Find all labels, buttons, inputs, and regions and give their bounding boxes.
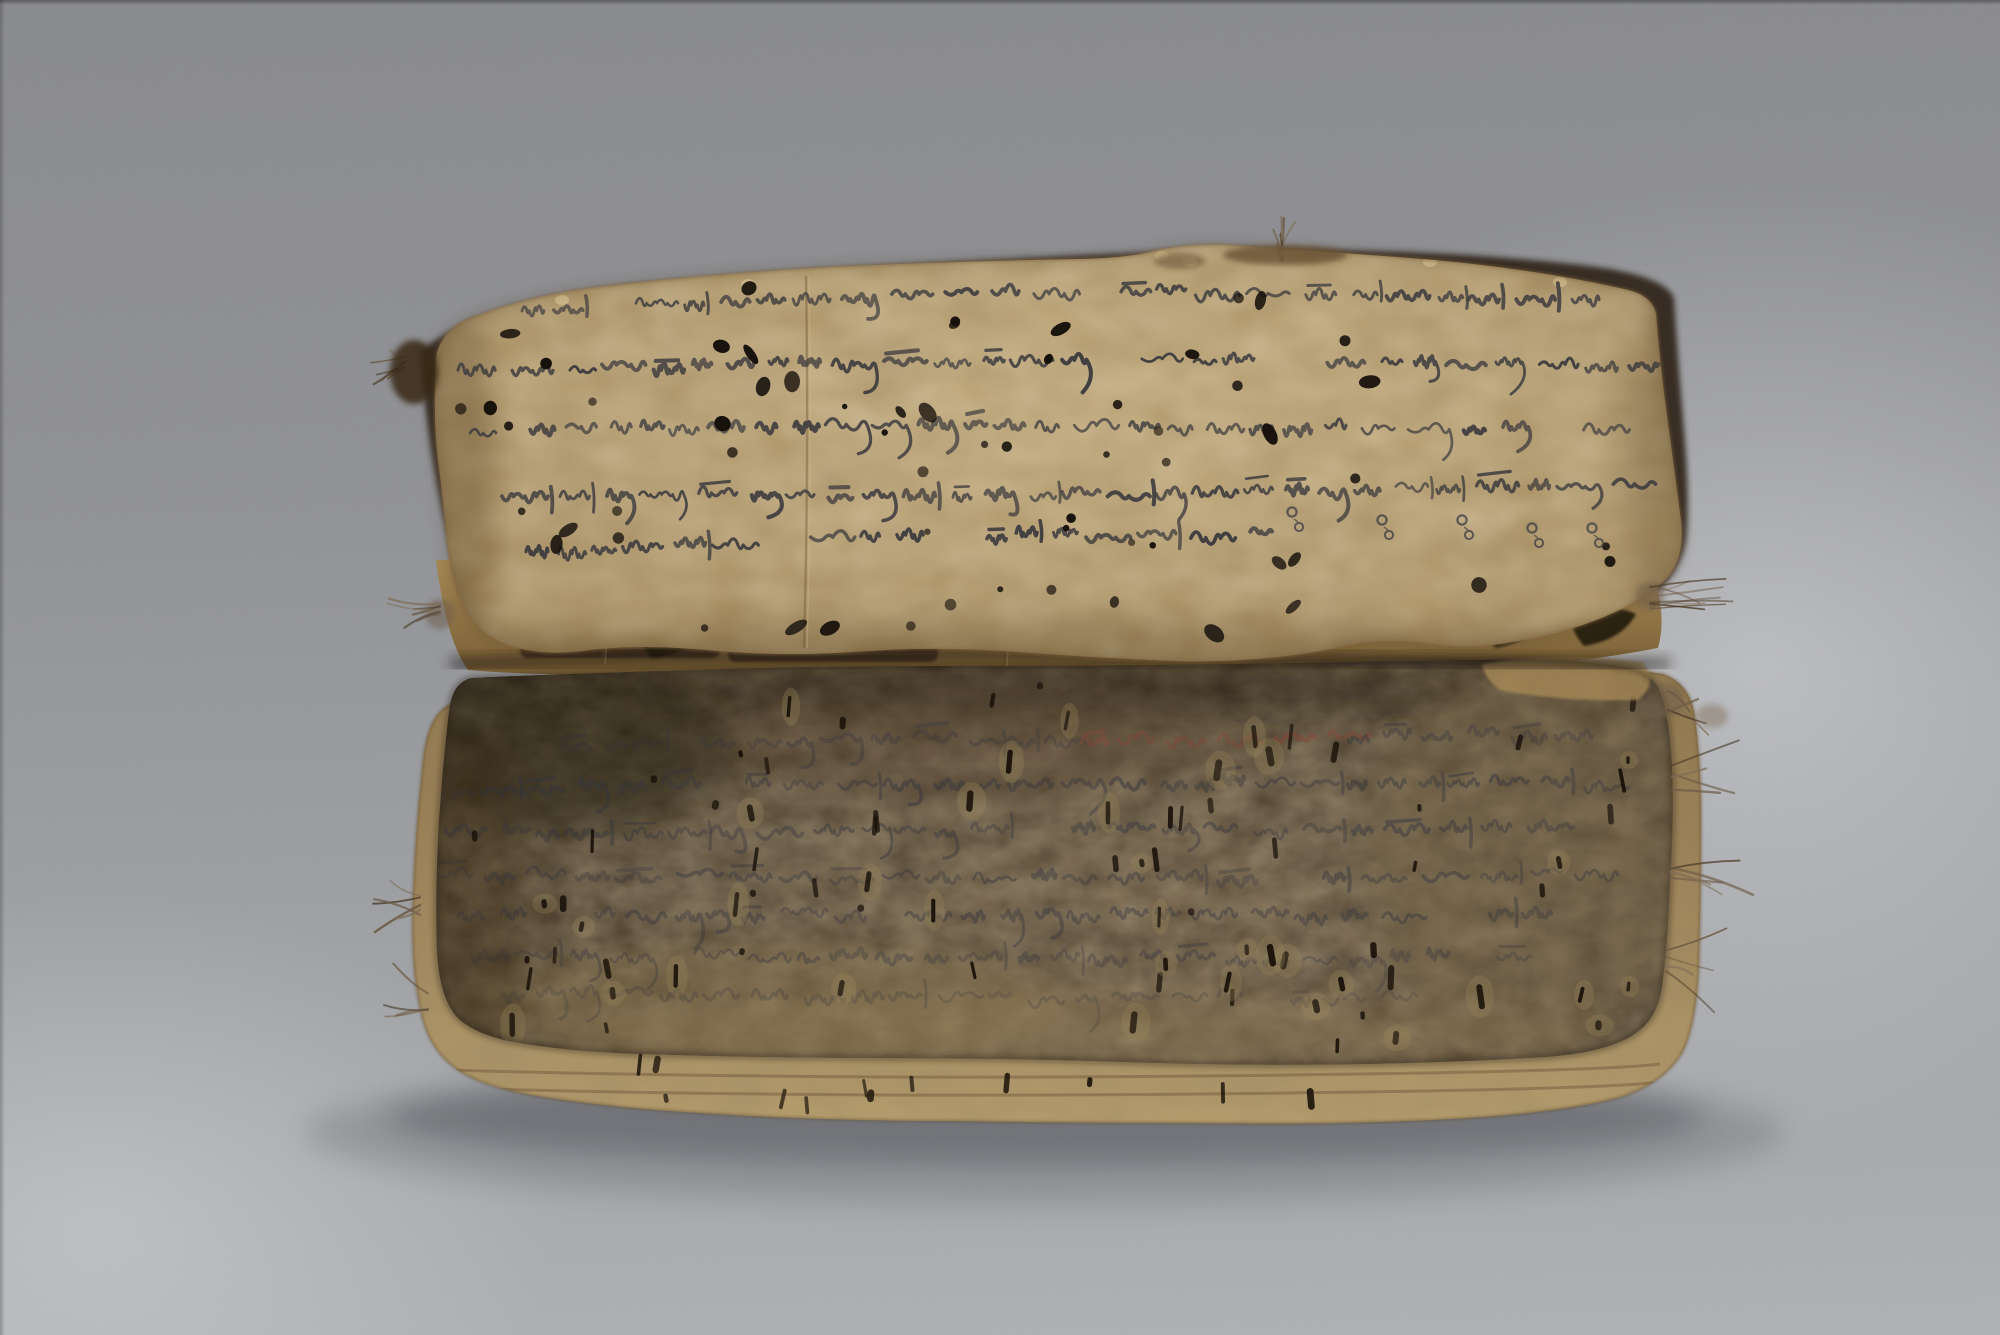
- photo-grain: [0, 0, 2000, 1335]
- manuscript-photograph: Photograph of an aged Tibetan pothi manu…: [0, 0, 2000, 1335]
- photo-stage: Photograph of an aged Tibetan pothi manu…: [0, 0, 2000, 1335]
